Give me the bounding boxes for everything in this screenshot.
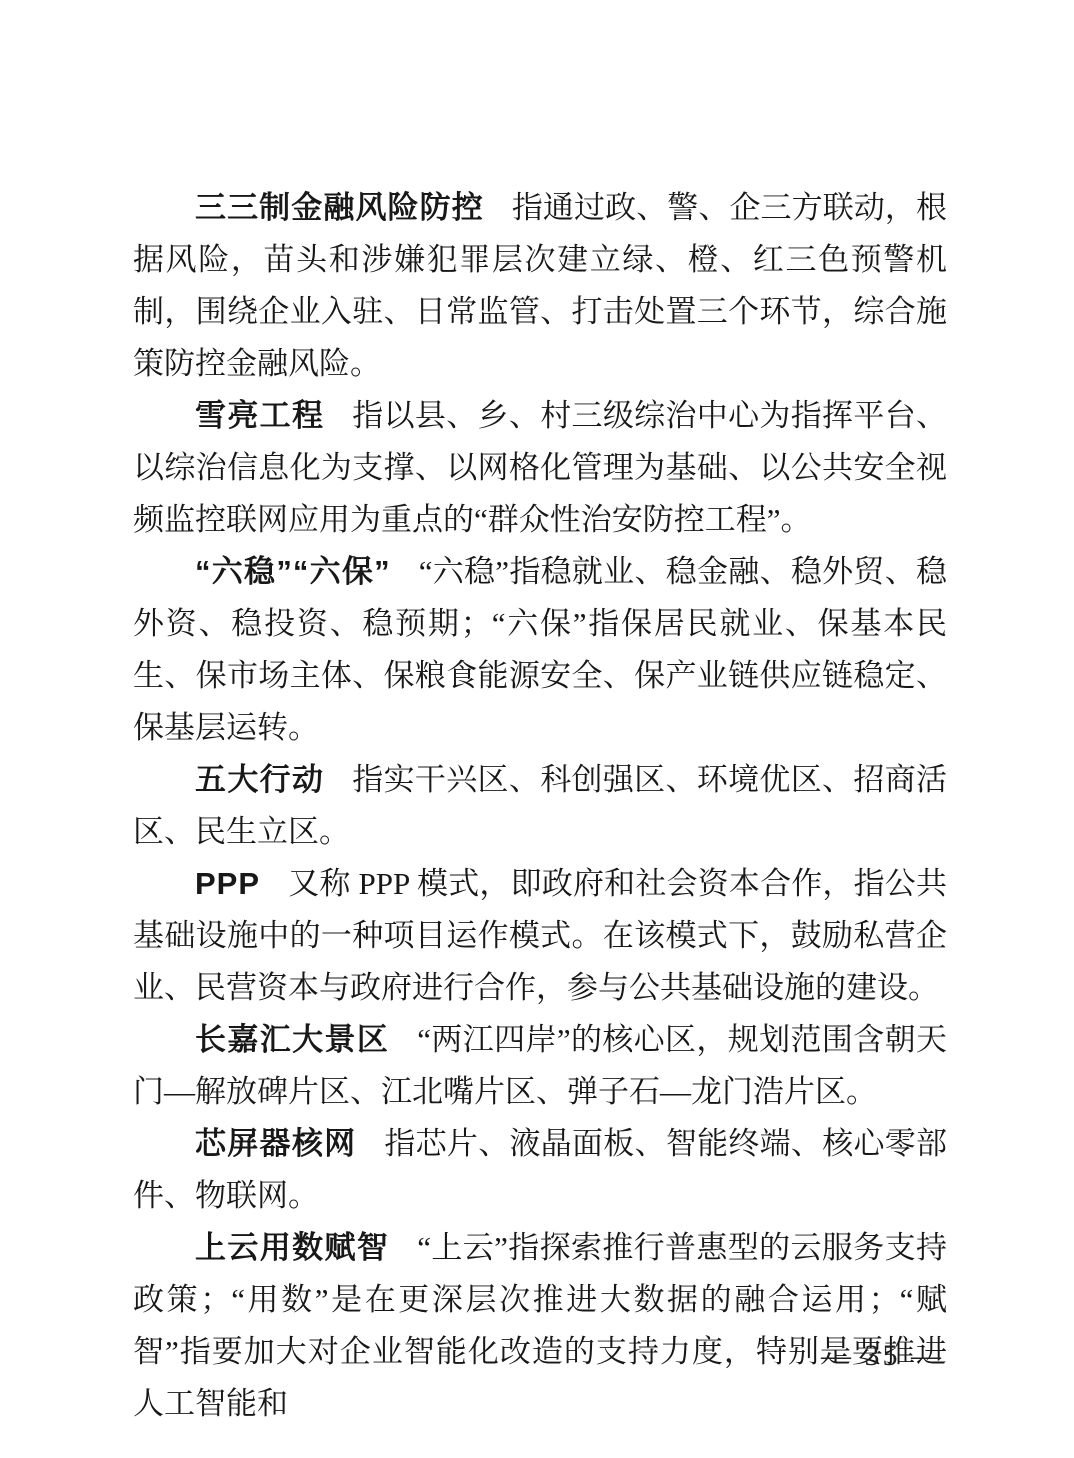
glossary-term: 芯屏器核网 bbox=[195, 1126, 356, 1161]
glossary-term: 上云用数赋智 bbox=[195, 1230, 389, 1265]
glossary-term: “六稳”“六保” bbox=[195, 554, 391, 589]
page-number-text: — 35 — bbox=[821, 1339, 944, 1372]
glossary-content: 三三制金融风险防控指通过政、警、企三方联动，根据风险，苗头和涉嫌犯罪层次建立绿、… bbox=[133, 182, 947, 1430]
glossary-term: PPP bbox=[195, 866, 260, 901]
glossary-entry: PPP又称 PPP 模式，即政府和社会资本合作，指公共基础设施中的一种项目运作模… bbox=[133, 858, 947, 1014]
glossary-term: 雪亮工程 bbox=[195, 398, 324, 433]
document-page: 三三制金融风险防控指通过政、警、企三方联动，根据风险，苗头和涉嫌犯罪层次建立绿、… bbox=[0, 0, 1074, 1458]
glossary-term: 长嘉汇大景区 bbox=[195, 1022, 389, 1057]
glossary-entry: 长嘉汇大景区“两江四岸”的核心区，规划范围含朝天门—解放碑片区、江北嘴片区、弹子… bbox=[133, 1014, 947, 1118]
glossary-entry: 五大行动指实干兴区、科创强区、环境优区、招商活区、民生立区。 bbox=[133, 754, 947, 858]
glossary-entry: 芯屏器核网指芯片、液晶面板、智能终端、核心零部件、物联网。 bbox=[133, 1118, 947, 1222]
glossary-entry: “六稳”“六保”“六稳”指稳就业、稳金融、稳外贸、稳外资、稳投资、稳预期；“六保… bbox=[133, 546, 947, 754]
page-number: — 35 — bbox=[821, 1334, 944, 1378]
glossary-term: 三三制金融风险防控 bbox=[195, 190, 484, 225]
glossary-entry: 三三制金融风险防控指通过政、警、企三方联动，根据风险，苗头和涉嫌犯罪层次建立绿、… bbox=[133, 182, 947, 390]
glossary-entry: 上云用数赋智“上云”指探索推行普惠型的云服务支持政策；“用数”是在更深层次推进大… bbox=[133, 1222, 947, 1430]
glossary-term: 五大行动 bbox=[195, 762, 324, 797]
glossary-entry: 雪亮工程指以县、乡、村三级综治中心为指挥平台、以综治信息化为支撑、以网格化管理为… bbox=[133, 390, 947, 546]
